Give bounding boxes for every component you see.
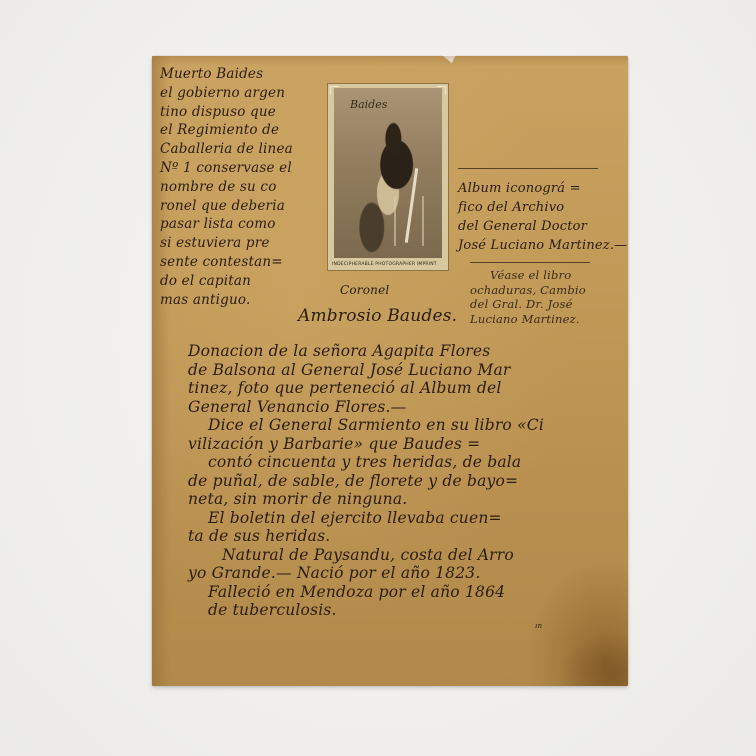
reference-note: Véase el libro ochaduras, Cambio del Gra… — [470, 270, 586, 328]
left-note-line: mas antiguo. — [160, 294, 293, 313]
left-note: Muerto Baides el gobierno argen tino dis… — [160, 68, 293, 312]
album-note-line: del General Doctor — [458, 220, 627, 239]
divider-line — [458, 168, 598, 169]
main-text-line: tinez, foto que perteneció al Album del — [188, 381, 544, 400]
main-text-line: de tuberculosis. — [188, 603, 544, 622]
divider-line — [470, 262, 590, 263]
left-note-line: sente contestan= — [160, 256, 293, 275]
margin-mark: ın — [535, 623, 542, 630]
main-text-line: contó cincuenta y tres heridas, de bala — [188, 455, 544, 474]
main-text-line: yo Grande.— Nació por el año 1823. — [188, 566, 544, 585]
left-note-line: Nº 1 conservase el — [160, 162, 293, 181]
album-note-line: fico del Archivo — [458, 201, 627, 220]
subject-name: Ambrosio Baudes. — [298, 308, 457, 325]
reference-note-line: Luciano Martinez. — [470, 314, 586, 329]
main-text-line: neta, sin morir de ninguna. — [188, 492, 544, 511]
rank-label: Coronel — [340, 284, 389, 296]
photo-signature: Baides — [350, 98, 387, 111]
left-note-line: nombre de su co — [160, 181, 293, 200]
left-note-line: el gobierno argen — [160, 87, 293, 106]
photographer-imprint: INDECIPHERABLE PHOTOGRAPHER IMPRINT — [332, 262, 437, 267]
paper-tear — [442, 55, 456, 63]
album-note-line: José Luciano Martinez.— — [458, 239, 627, 258]
water-stain — [558, 631, 628, 686]
archival-sheet: Muerto Baides el gobierno argen tino dis… — [152, 56, 628, 686]
album-note: Album iconográ = fico del Archivo del Ge… — [458, 182, 627, 258]
album-note-line: Album iconográ = — [458, 182, 627, 201]
mounted-photograph: Baides INDECIPHERABLE PHOTOGRAPHER IMPRI… — [328, 84, 448, 270]
main-text-line: Donacion de la señora Agapita Flores — [188, 344, 544, 363]
main-text: Donacion de la señora Agapita Flores de … — [188, 344, 544, 622]
main-text-line: Dice el General Sarmiento en su libro «C… — [188, 418, 544, 437]
portrait-image: Baides — [334, 88, 442, 258]
left-note-line: Muerto Baides — [160, 68, 293, 87]
left-note-line: do el capitan — [160, 275, 293, 294]
main-text-line: ta de sus heridas. — [188, 529, 544, 548]
